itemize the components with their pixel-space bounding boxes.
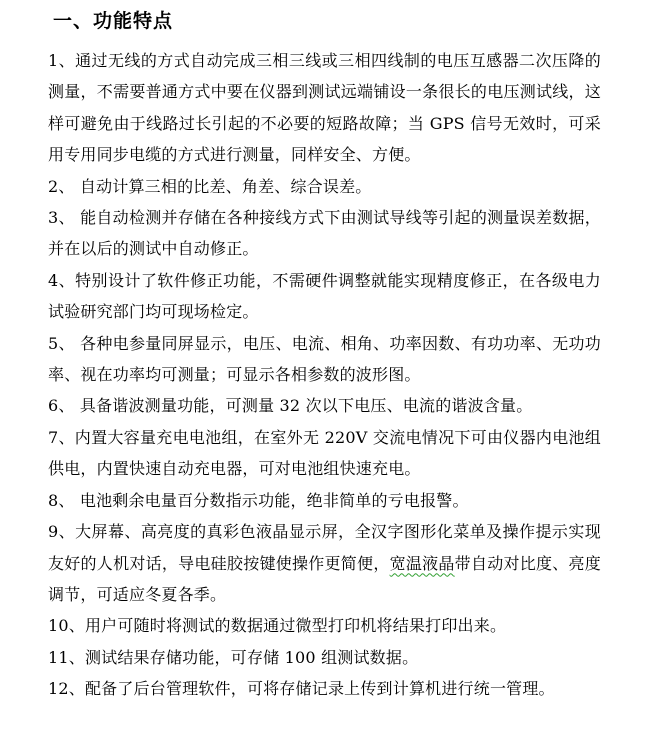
feature-item-3: 3、 能自动检测并存储在各种接线方式下由测试导线等引起的测量误差数据，并在以后的… (48, 202, 601, 265)
feature-item-9: 9、大屏幕、高亮度的真彩色液晶显示屏，全汉字图形化菜单及操作提示实现友好的人机对… (48, 516, 601, 610)
spellcheck-squiggle-text: 宽温液晶 (390, 554, 455, 573)
feature-item-2: 2、 自动计算三相的比差、角差、综合误差。 (48, 171, 601, 202)
feature-item-8: 8、 电池剩余电量百分数指示功能，绝非简单的亏电报警。 (48, 485, 601, 516)
feature-item-7: 7、内置大容量充电电池组，在室外无 220V 交流电情况下可由仪器内电池组供电，… (48, 422, 601, 485)
feature-item-10: 10、用户可随时将测试的数据通过微型打印机将结果打印出来。 (48, 610, 601, 641)
feature-item-11: 11、测试结果存储功能，可存储 100 组测试数据。 (48, 642, 601, 673)
document-page: 一、功能特点 1、通过无线的方式自动完成三相三线或三相四线制的电压互感器二次压降… (0, 0, 647, 734)
feature-item-12: 12、配备了后台管理软件，可将存储记录上传到计算机进行统一管理。 (48, 673, 601, 704)
feature-item-6: 6、 具备谐波测量功能，可测量 32 次以下电压、电流的谐波含量。 (48, 390, 601, 421)
page-title: 一、功能特点 (53, 6, 601, 36)
feature-item-4: 4、特别设计了软件修正功能，不需硬件调整就能实现精度修正，在各级电力试验研究部门… (48, 265, 601, 328)
feature-item-1: 1、通过无线的方式自动完成三相三线或三相四线制的电压互感器二次压降的测量，不需要… (48, 45, 601, 171)
feature-item-5: 5、 各种电参量同屏显示，电压、电流、相角、功率因数、有功功率、无功功率、视在功… (48, 328, 601, 391)
